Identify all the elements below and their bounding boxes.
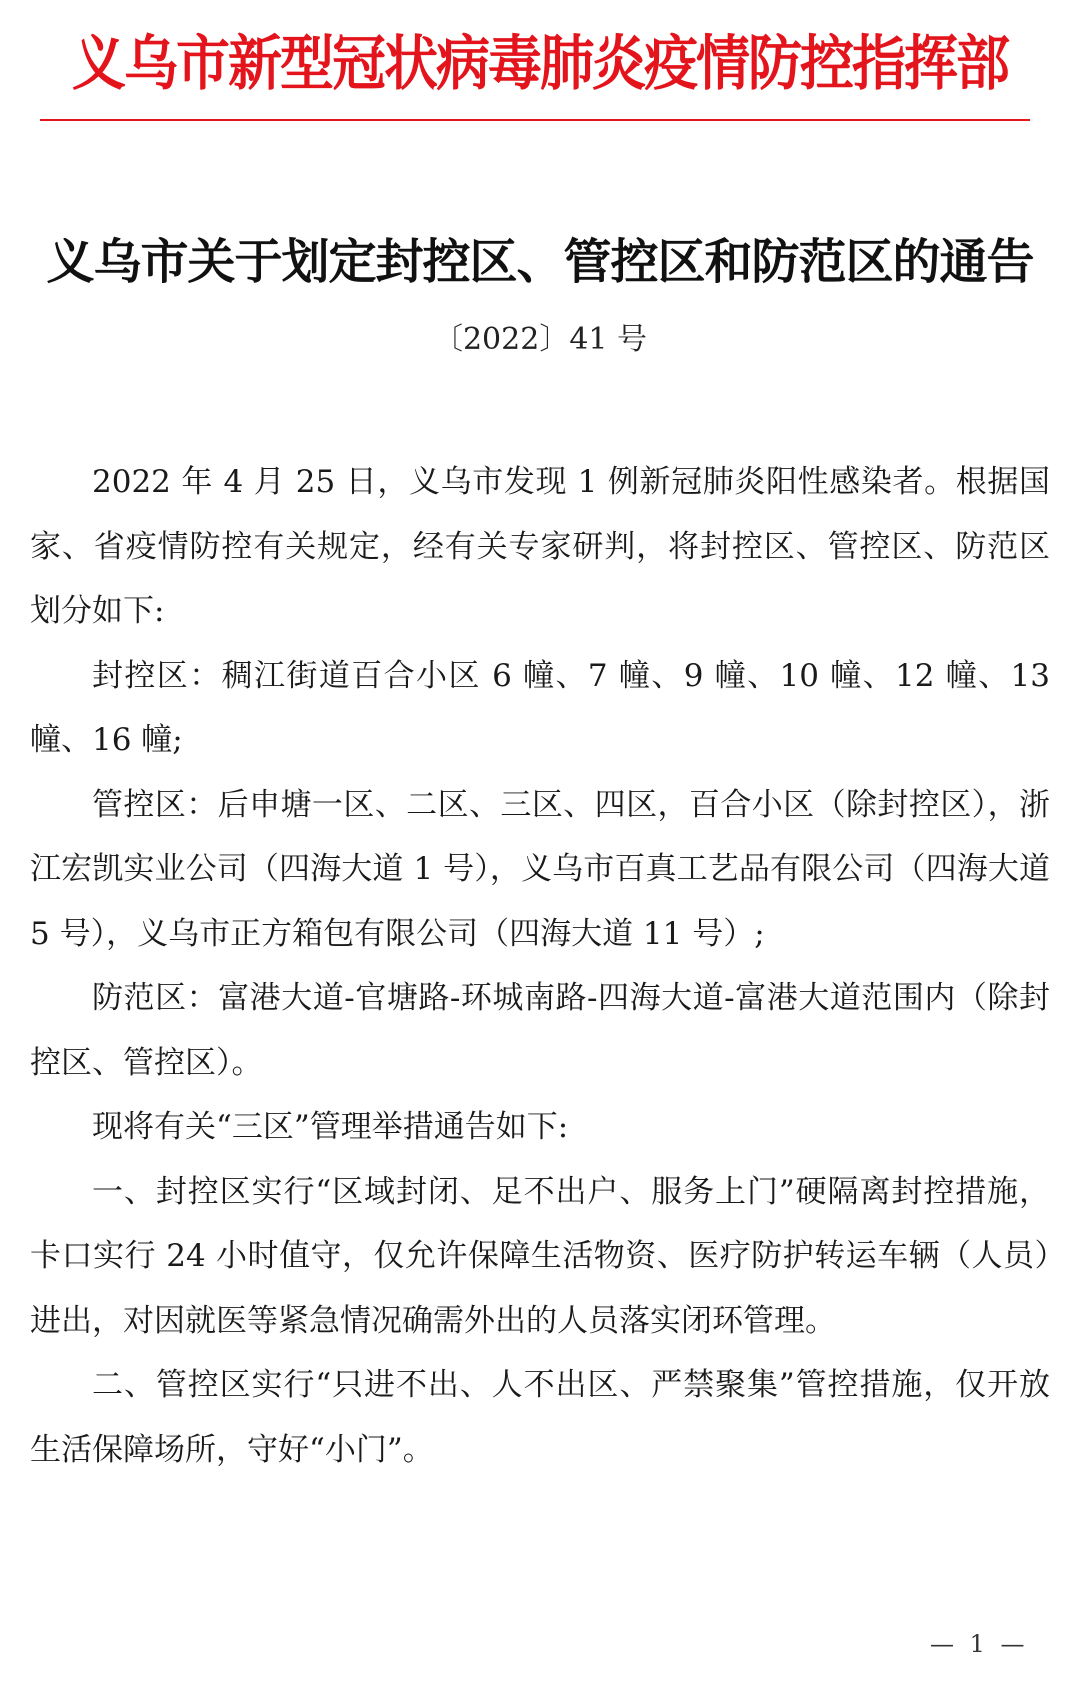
paragraph-measure-2: 二、管控区实行“只进不出、人不出区、严禁聚集”管控措施，仅开放生活保障场所，守好… (30, 1353, 1050, 1482)
paragraph-measures-intro: 现将有关“三区”管理举措通告如下: (30, 1095, 1050, 1160)
paragraph-measure-1: 一、封控区实行“区域封闭、足不出户、服务上门”硬隔离封控措施，卡口实行 24 小… (30, 1160, 1050, 1354)
issuer-letterhead: 义乌市新型冠状病毒肺炎疫情防控指挥部 (0, 25, 1080, 102)
paragraph-precaution-zone: 防范区：富港大道-官塘路-环城南路-四海大道-富港大道范围内（除封控区、管控区）… (30, 966, 1050, 1095)
document-body: 2022 年 4 月 25 日，义乌市发现 1 例新冠肺炎阳性感染者。根据国家、… (30, 450, 1050, 1482)
paragraph-intro: 2022 年 4 月 25 日，义乌市发现 1 例新冠肺炎阳性感染者。根据国家、… (30, 450, 1050, 644)
document-title: 义乌市关于划定封控区、管控区和防范区的通告 (0, 232, 1080, 292)
letterhead-divider (40, 119, 1030, 121)
paragraph-controlled-zone: 管控区：后申塘一区、二区、三区、四区，百合小区（除封控区），浙江宏凯实业公司（四… (30, 773, 1050, 967)
paragraph-sealed-zone: 封控区：稠江街道百合小区 6 幢、7 幢、9 幢、10 幢、12 幢、13 幢、… (30, 644, 1050, 773)
document-number: 〔2022〕41 号 (0, 320, 1080, 360)
page-number: — 1 — (930, 1630, 1029, 1658)
